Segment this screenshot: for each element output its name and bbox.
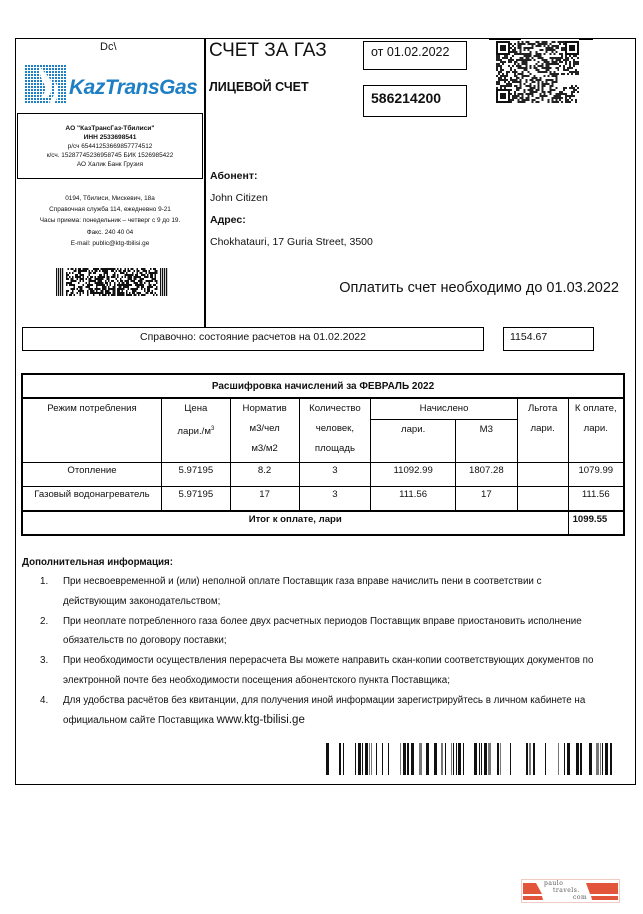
cell-to-pay: 111.56: [568, 487, 624, 512]
item-number: 2.: [40, 612, 48, 632]
subscriber-address: Chokhatauri, 17 Guria Street, 3500: [210, 236, 373, 248]
header-text: лари./м3: [162, 419, 230, 442]
qr-corner-mark: [489, 38, 521, 40]
cell-norm: 8.2: [230, 463, 299, 487]
col-header-accrued-lari: лари.: [371, 420, 456, 463]
charges-table: Расшифровка начислений за ФЕВРАЛЬ 2022 Р…: [21, 373, 625, 536]
cell-accrued-lari: 111.56: [371, 487, 456, 512]
corner-code: Dc\: [100, 41, 117, 53]
table-row: Газовый водонагреватель 5.97195 17 3 111…: [22, 487, 624, 512]
subscriber-label: Абонент:: [210, 170, 258, 182]
header-text: К оплате,: [569, 399, 623, 419]
header-text: площадь: [300, 439, 371, 459]
header-text: лари.: [569, 419, 623, 439]
header-text: человек,: [300, 419, 371, 439]
info-item: 3.При необходимости осуществления перера…: [40, 651, 600, 691]
left-panel-divider: [204, 38, 206, 327]
header-text: Льгота: [518, 399, 568, 419]
cell-price: 5.97195: [161, 487, 230, 512]
info-item: 1.При несвоевременной и (или) неполной о…: [40, 572, 600, 612]
company-hours: Часы приема: понедельник – четверг с 9 д…: [17, 215, 203, 226]
col-header-accrued: Начислено: [371, 398, 517, 420]
cell-norm: 17: [230, 487, 299, 512]
cell-price: 5.97195: [161, 463, 230, 487]
table-header-row: Режим потребления Цена лари./м3 Норматив…: [22, 398, 624, 420]
company-email[interactable]: E-mail: public@ktg-tbilisi.ge: [17, 238, 203, 249]
cell-quantity: 3: [299, 487, 371, 512]
balance-reference-value: 1154.67: [503, 327, 594, 351]
company-inn: ИНН 2533698541: [18, 133, 202, 142]
col-header-quantity: Количество человек, площадь: [299, 398, 371, 463]
company-name: АО "КазТрансГаз-Тбилиси": [18, 124, 202, 133]
account-label: ЛИЦЕВОЙ СЧЕТ: [209, 80, 309, 94]
settlement-account: р/сч 65441253669857774512: [18, 142, 202, 151]
col-header-to-pay: К оплате, лари.: [568, 398, 624, 463]
logo-text: KazTransGas: [69, 76, 197, 100]
cell-accrued-m3: 17: [455, 487, 517, 512]
watermark-text: travels.: [553, 887, 580, 894]
cell-mode: Отопление: [22, 463, 161, 487]
correspondent-account: к/сч. 15287745236958745 БИК 1526985422: [18, 151, 202, 160]
flame-dots-icon: [25, 62, 69, 106]
company-helpline: Справочная служба 114, ежедневно 9-21: [17, 204, 203, 215]
header-text: м3/чел: [231, 419, 299, 439]
table-caption: Расшифровка начислений за ФЕВРАЛЬ 2022: [22, 374, 624, 398]
qr-corner-mark: [579, 38, 593, 40]
col-header-mode: Режим потребления: [22, 398, 161, 463]
item-text: При неоплате потребленного газа более дв…: [63, 616, 582, 647]
watermark-logo: paulo travels. com: [521, 879, 620, 903]
due-date-notice: Оплатить счет необходимо до 01.03.2022: [339, 280, 619, 296]
info-item: 2.При неоплате потребленного газа более …: [40, 612, 600, 652]
address-label: Адрес:: [210, 214, 246, 226]
header-text: Режим потребления: [23, 399, 161, 419]
subscriber-name: John Citizen: [210, 192, 268, 204]
watermark-text: paulo: [544, 880, 563, 887]
header-text: лари./м: [177, 426, 211, 437]
qr-code: [496, 41, 579, 103]
header-text: Цена: [162, 399, 230, 419]
col-header-accrued-m3: М3: [455, 420, 517, 463]
header-text: Количество: [300, 399, 371, 419]
superscript: 3: [211, 426, 214, 432]
item-text: При несвоевременной и (или) неполной опл…: [63, 576, 542, 607]
company-address: 0194, Тбилиси, Мискевич, 18а: [17, 193, 203, 204]
account-number: 586214200: [363, 85, 467, 117]
cell-benefit: [517, 487, 568, 512]
cell-mode: Газовый водонагреватель: [22, 487, 161, 512]
col-header-benefit: Льгота лари.: [517, 398, 568, 463]
watermark-text: com: [573, 894, 587, 901]
bill-title: СЧЕТ ЗА ГАЗ: [209, 40, 327, 62]
header-text: лари.: [518, 419, 568, 439]
cell-benefit: [517, 463, 568, 487]
supplier-website-link[interactable]: www.ktg-tbilisi.ge: [217, 714, 305, 726]
balance-reference-label: Справочно: состояние расчетов на 01.02.2…: [22, 327, 484, 351]
item-number: 3.: [40, 651, 48, 671]
total-label: Итог к оплате, лари: [22, 511, 568, 535]
cell-quantity: 3: [299, 463, 371, 487]
table-caption-row: Расшифровка начислений за ФЕВРАЛЬ 2022: [22, 374, 624, 398]
header-text: м3/м2: [231, 439, 299, 459]
linear-barcode: [326, 743, 616, 775]
company-contacts: 0194, Тбилиси, Мискевич, 18а Справочная …: [17, 193, 203, 249]
item-number: 4.: [40, 691, 48, 711]
col-header-price: Цена лари./м3: [161, 398, 230, 463]
total-value: 1099.55: [568, 511, 624, 535]
col-header-norm: Норматив м3/чел м3/м2: [230, 398, 299, 463]
bank-details-box: АО "КазТрансГаз-Тбилиси" ИНН 2533698541 …: [17, 113, 203, 179]
total-row: Итог к оплате, лари 1099.55: [22, 511, 624, 535]
bill-date: от 01.02.2022: [363, 41, 467, 70]
pdf417-barcode: [56, 268, 168, 296]
item-number: 1.: [40, 572, 48, 592]
item-text: Для удобства расчётов без квитанции, для…: [63, 695, 585, 726]
additional-info-list: 1.При несвоевременной и (или) неполной о…: [40, 572, 600, 730]
kaztransgas-logo: KazTransGas: [25, 62, 195, 106]
cell-to-pay: 1079.99: [568, 463, 624, 487]
info-item: 4.Для удобства расчётов без квитанции, д…: [40, 691, 600, 731]
item-text: При необходимости осуществления перерасч…: [63, 655, 593, 686]
additional-info-heading: Дополнительная информация:: [22, 557, 173, 568]
table-row: Отопление 5.97195 8.2 3 11092.99 1807.28…: [22, 463, 624, 487]
bank-name: АО Халик Банк Грузия: [18, 160, 202, 169]
cell-accrued-m3: 1807.28: [455, 463, 517, 487]
cell-accrued-lari: 11092.99: [371, 463, 456, 487]
header-text: Норматив: [231, 399, 299, 419]
company-fax: Факс. 240 40 04: [17, 227, 203, 238]
